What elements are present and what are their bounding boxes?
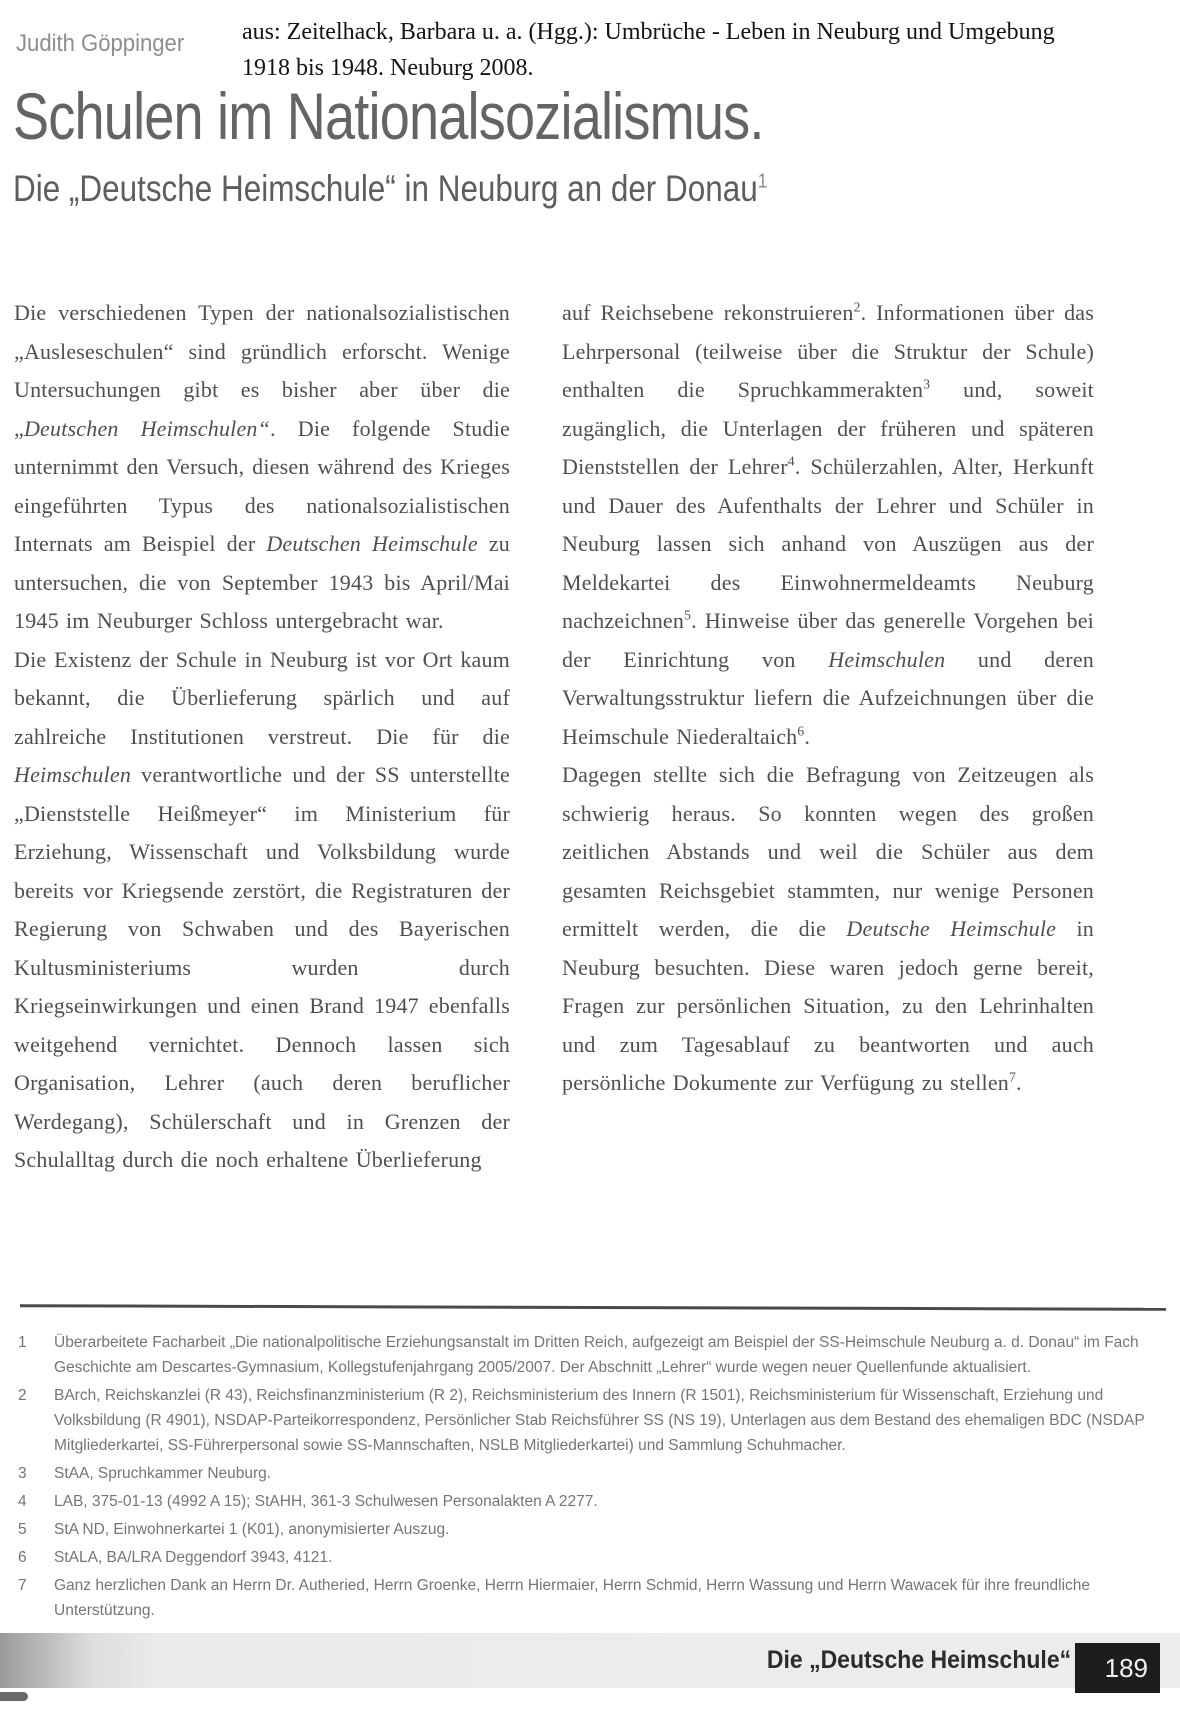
footnote-row: 3 StAA, Spruchkammer Neuburg. xyxy=(18,1461,1168,1486)
footnote-text: BArch, Reichskanzlei (R 43), Reichsfinan… xyxy=(54,1383,1168,1458)
paragraph-1: Die verschiedenen Typen der nationalsozi… xyxy=(14,294,510,641)
footnotes-section: 1 Überarbeitete Facharbeit „Die national… xyxy=(18,1330,1168,1626)
source-citation: aus: Zeitelhack, Barbara u. a. (Hgg.): U… xyxy=(242,14,1055,86)
footnote-row: 2 BArch, Reichskanzlei (R 43), Reichsfin… xyxy=(18,1383,1168,1458)
footnote-row: 1 Überarbeitete Facharbeit „Die national… xyxy=(18,1330,1168,1380)
footnote-text: Ganz herzlichen Dank an Herrn Dr. Auther… xyxy=(54,1573,1168,1623)
body-column-left: Die verschiedenen Typen der nationalsozi… xyxy=(14,294,510,1180)
footnote-number: 4 xyxy=(18,1489,54,1514)
footnote-text: StA ND, Einwohnerkartei 1 (K01), anonymi… xyxy=(54,1517,1168,1542)
footer-bar: Die „Deutsche Heimschule“ xyxy=(0,1633,1180,1688)
footnote-number: 7 xyxy=(18,1573,54,1623)
author-name: Judith Göppinger xyxy=(16,30,184,58)
scanned-article-page: Judith Göppinger aus: Zeitelhack, Barbar… xyxy=(0,0,1180,1718)
scan-artifact-smudge xyxy=(0,1692,28,1701)
footnote-number: 5 xyxy=(18,1517,54,1542)
footnote-row: 6 StALA, BA/LRA Deggendorf 3943, 4121. xyxy=(18,1545,1168,1570)
article-subtitle-text: Die „Deutsche Heimschule“ in Neuburg an … xyxy=(13,168,758,209)
footnote-number: 2 xyxy=(18,1383,54,1458)
page-number: 189 xyxy=(1105,1653,1148,1684)
footnote-row: 4 LAB, 375-01-13 (4992 A 15); StAHH, 361… xyxy=(18,1489,1168,1514)
paragraph-3: auf Reichsebene rekonstruieren2. Informa… xyxy=(562,294,1094,756)
article-subtitle: Die „Deutsche Heimschule“ in Neuburg an … xyxy=(13,168,767,210)
footnote-number: 3 xyxy=(18,1461,54,1486)
footnote-ref-1: 1 xyxy=(758,171,768,193)
footnote-text: Überarbeitete Facharbeit „Die nationalpo… xyxy=(54,1330,1168,1380)
footnote-text: LAB, 375-01-13 (4992 A 15); StAHH, 361-3… xyxy=(54,1489,1168,1514)
paragraph-2: Die Existenz der Schule in Neuburg ist v… xyxy=(14,641,510,1180)
footnote-number: 6 xyxy=(18,1545,54,1570)
footnote-text: StALA, BA/LRA Deggendorf 3943, 4121. xyxy=(54,1545,1168,1570)
footnote-divider xyxy=(20,1304,1166,1310)
footnote-row: 7 Ganz herzlichen Dank an Herrn Dr. Auth… xyxy=(18,1573,1168,1623)
footnote-row: 5 StA ND, Einwohnerkartei 1 (K01), anony… xyxy=(18,1517,1168,1542)
body-column-right: auf Reichsebene rekonstruieren2. Informa… xyxy=(562,294,1094,1103)
page-number-box: 189 xyxy=(1075,1643,1160,1693)
footnote-text: StAA, Spruchkammer Neuburg. xyxy=(54,1461,1168,1486)
footnote-number: 1 xyxy=(18,1330,54,1380)
article-title: Schulen im Nationalsozialismus. xyxy=(13,78,764,154)
source-citation-line1: aus: Zeitelhack, Barbara u. a. (Hgg.): U… xyxy=(242,14,1055,50)
paragraph-4: Dagegen stellte sich die Befragung von Z… xyxy=(562,756,1094,1103)
